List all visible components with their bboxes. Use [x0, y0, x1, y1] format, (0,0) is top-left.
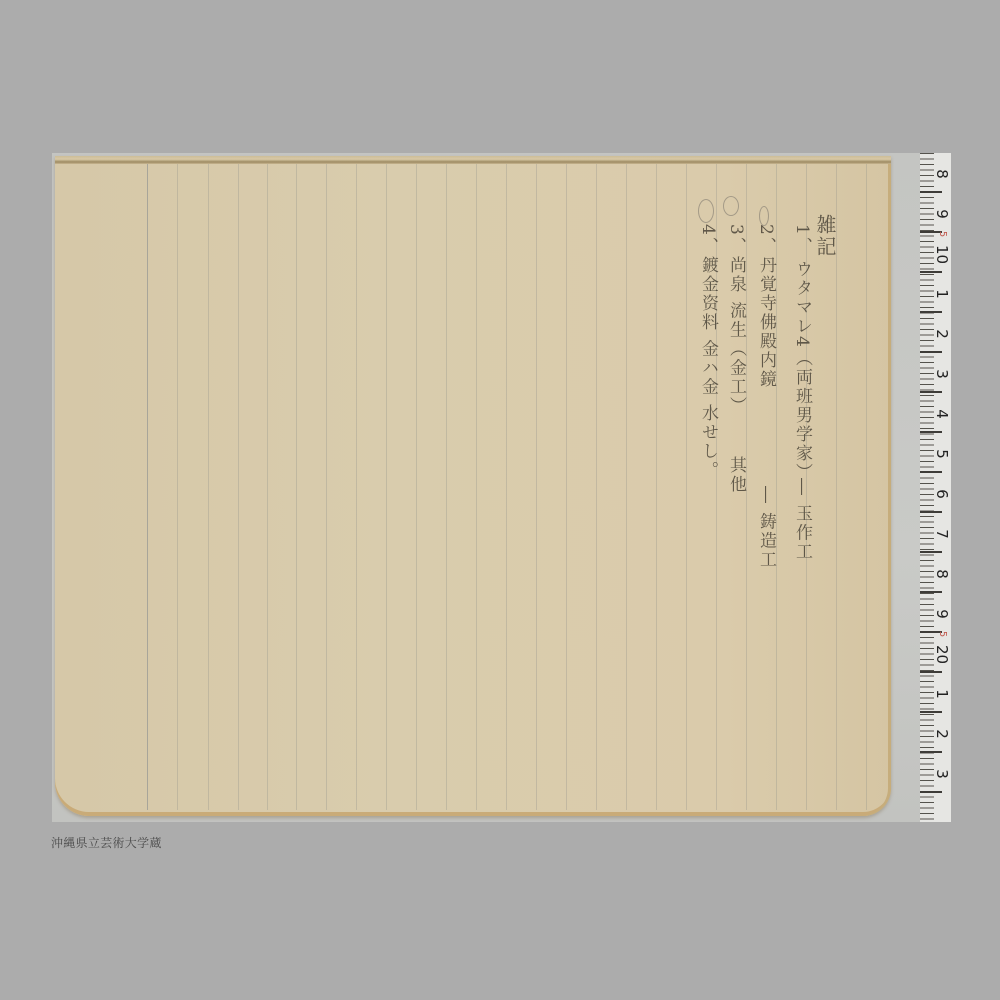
- page-binding-edge: [55, 156, 891, 164]
- entry-1-text: ウタマレ4（両班男学家）: [789, 260, 815, 482]
- rule-line: [836, 164, 837, 810]
- entry-2-suffix: ― 鋳造工: [753, 486, 779, 569]
- ruler-label: 8: [933, 165, 951, 183]
- ruler-label-red: 5: [933, 225, 951, 243]
- rule-line: [416, 164, 417, 810]
- ruler-label: 3: [933, 365, 951, 383]
- rule-line: [267, 164, 268, 810]
- ruler-major-tick: [920, 431, 942, 433]
- ruler-major-tick: [920, 351, 942, 353]
- rule-line: [506, 164, 507, 810]
- ruler-ticks: [920, 153, 934, 822]
- rule-line: [686, 164, 687, 810]
- ruler-major-tick: [920, 311, 942, 313]
- ruler-label: 3: [933, 765, 951, 783]
- page-title-handwritten: 雑記: [812, 214, 838, 258]
- rule-line: [238, 164, 239, 810]
- margin-line: [147, 164, 148, 810]
- ruler-label: 9: [933, 205, 951, 223]
- rule-line: [596, 164, 597, 810]
- ruler-major-tick: [920, 471, 942, 473]
- circle-mark: [759, 206, 769, 226]
- rule-line: [866, 164, 867, 810]
- ruler-label: 7: [933, 525, 951, 543]
- ruler-label: 8: [933, 565, 951, 583]
- ruler-label: 2: [933, 725, 951, 743]
- rule-line: [566, 164, 567, 810]
- circle-mark: [723, 196, 739, 216]
- ruler-major-tick: [920, 551, 942, 553]
- rule-line: [356, 164, 357, 810]
- rule-line: [536, 164, 537, 810]
- rule-line: [177, 164, 178, 810]
- entry-1-number: 1、: [789, 224, 815, 256]
- ruler-major-tick: [920, 751, 942, 753]
- ruler-major-tick: [920, 391, 942, 393]
- entry-3-suffix: 其他: [723, 456, 749, 494]
- circle-mark: [698, 199, 714, 223]
- entry-3-number: 3、: [723, 224, 749, 256]
- rule-line: [656, 164, 657, 810]
- entry-3-text: 尚泉 流生（金工）: [723, 256, 749, 415]
- entry-2-number: 2、: [753, 224, 779, 256]
- measuring-ruler: 8 9 5 10 1 2 3 4 5 6 7 8 9 5 20 1 2 3: [920, 153, 951, 822]
- ruler-label: 4: [933, 405, 951, 423]
- entry-4-text: 鍍金资料 金ハ金 水せし。: [695, 256, 721, 480]
- ruler-label: 9: [933, 605, 951, 623]
- entry-1-suffix: ― 玉作工: [789, 478, 815, 561]
- rule-line: [386, 164, 387, 810]
- ruler-major-tick: [920, 191, 942, 193]
- ruler-label: 2: [933, 325, 951, 343]
- ruler-label-red: 5: [933, 625, 951, 643]
- ruler-major-tick: [920, 711, 942, 713]
- rule-line: [476, 164, 477, 810]
- ruler-label: 10: [933, 245, 951, 263]
- ruler-major-tick: [920, 511, 942, 513]
- ruler-major-tick: [920, 271, 942, 273]
- ruler-major-tick: [920, 671, 942, 673]
- ruler-label: 20: [933, 645, 951, 663]
- rule-line: [208, 164, 209, 810]
- ruler-label: 1: [933, 285, 951, 303]
- ruler-major-tick: [920, 791, 942, 793]
- ruler-label: 6: [933, 485, 951, 503]
- ruler-major-tick: [920, 591, 942, 593]
- entry-4-number: 4、: [695, 224, 721, 256]
- entry-2-text: 丹覚寺佛殿内鏡: [753, 256, 779, 389]
- collection-credit: 沖縄県立芸術大学蔵: [51, 834, 162, 851]
- rule-line: [626, 164, 627, 810]
- rule-line: [326, 164, 327, 810]
- notebook-page: 雑記 1、 ウタマレ4（両班男学家） ― 玉作工 2、 丹覚寺佛殿内鏡 ― 鋳造…: [55, 156, 891, 816]
- ruler-label: 5: [933, 445, 951, 463]
- ruler-label: 1: [933, 685, 951, 703]
- rule-line: [446, 164, 447, 810]
- rule-line: [296, 164, 297, 810]
